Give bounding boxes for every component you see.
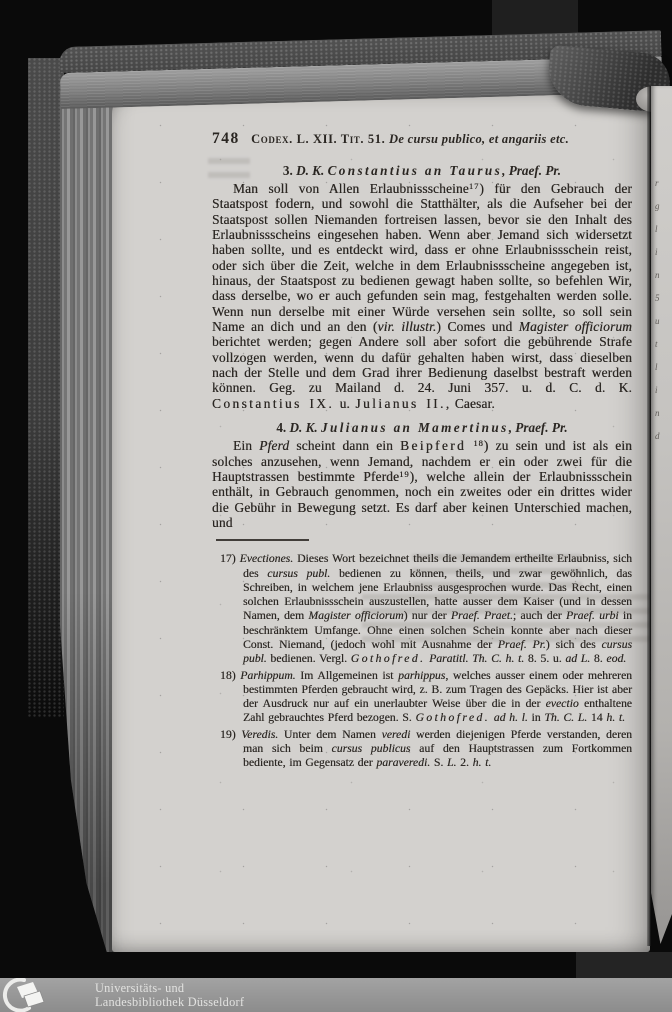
section-3-heading: 3. D. K. Constantius an Taurus, Praef. P… [212, 163, 632, 179]
section-4-heading: 4. D. K. Julianus an Mamertinus, Praef. … [212, 420, 632, 436]
book-cover-left-edge [28, 58, 64, 718]
bottom-right-shadow [576, 952, 672, 978]
library-name-line2: Landesbibliothek Düsseldorf [95, 995, 244, 1010]
footnote-17: 17) Evectiones. Dieses Wort bezeichnet t… [220, 552, 632, 666]
library-name: Universitäts- und Landesbibliothek Düsse… [95, 981, 244, 1010]
bleed-text-column: rglin5utlind [655, 172, 660, 448]
facing-page-sliver: rglin5utlind [651, 86, 672, 944]
library-name-line1: Universitäts- und [95, 981, 244, 996]
footnote-19: 19) Veredis. Unter dem Namen veredi werd… [220, 728, 632, 771]
footnotes: 17) Evectiones. Dieses Wort bezeichnet t… [220, 552, 632, 770]
footnote-18: 18) Parhippum. Im Allgemeinen ist parhip… [220, 669, 632, 726]
footnote-separator-rule [216, 539, 309, 541]
scan-viewport: 748 Codex. L. XII. Tit. 51. De cursu pub… [0, 0, 672, 1012]
page-text-column: 748 Codex. L. XII. Tit. 51. De cursu pub… [212, 86, 632, 773]
page-gutter-shadow [647, 86, 651, 946]
ulb-logo-icon [2, 978, 58, 1012]
library-footer-bar: Universitäts- und Landesbibliothek Düsse… [0, 978, 672, 1012]
section-4-text: Ein Pferd scheint dann ein Beipferd 18) … [212, 438, 632, 530]
section-3-text: Man soll von Allen Erlaubnissscheine17) … [212, 181, 632, 411]
book-page: 748 Codex. L. XII. Tit. 51. De cursu pub… [112, 86, 650, 952]
